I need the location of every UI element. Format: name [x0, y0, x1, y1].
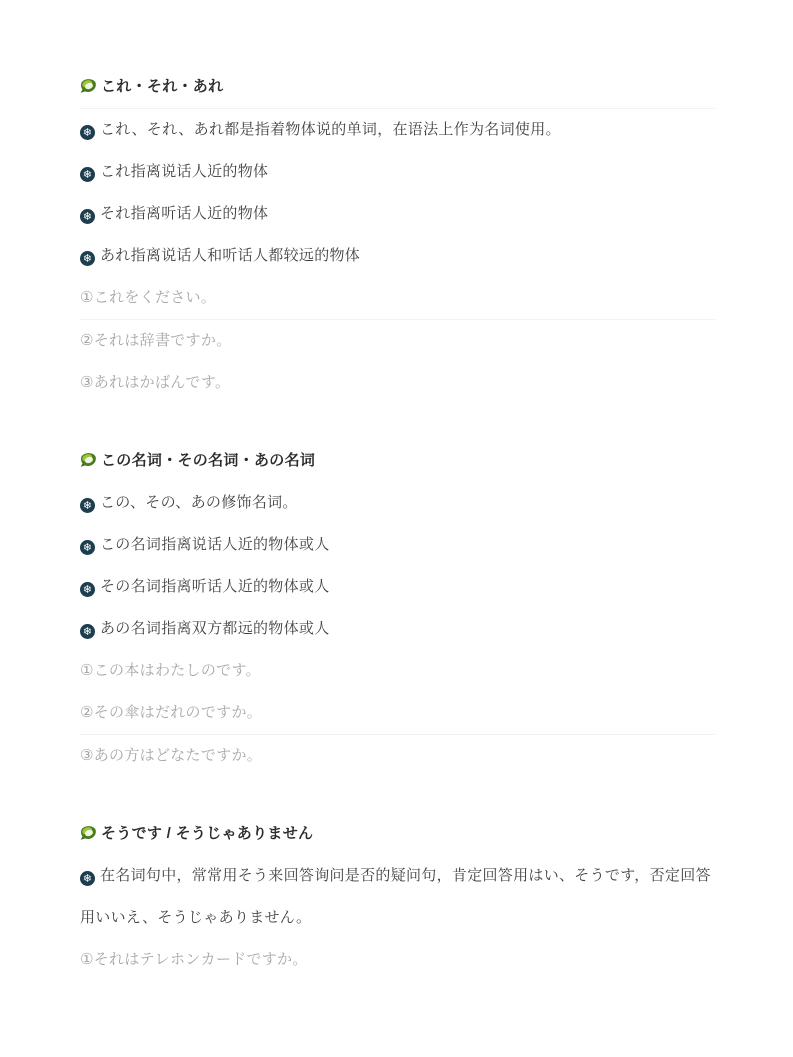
section-heading: そうです / そうじゃありません [80, 813, 715, 855]
grammar-point-text: これ指离说话人近的物体 [100, 163, 268, 180]
grammar-point: ❄この、その、あの修饰名词。 [80, 482, 715, 524]
leaf-icon [80, 452, 97, 468]
grammar-section-1: これ・それ・あれ ❄これ、それ、あれ都是指着物体说的单词，在语法上作为名词使用。… [80, 66, 715, 404]
grammar-point-text: それ指离听话人近的物体 [100, 205, 268, 222]
grammar-point-text: あれ指离说话人和听话人都较远的物体 [100, 247, 360, 264]
example-sentence: ③あの方はどなたですか。 [80, 735, 715, 777]
grammar-point-text: あの名词指离双方都远的物体或人 [100, 620, 330, 637]
snowflake-icon: ❄ [80, 540, 95, 555]
example-sentence: ①この本はわたしのです。 [80, 650, 715, 692]
leaf-icon [80, 825, 97, 841]
grammar-point: ❄あの名词指离双方都远的物体或人 [80, 608, 715, 650]
snowflake-icon: ❄ [80, 498, 95, 513]
grammar-point: ❄この名词指离说话人近的物体或人 [80, 524, 715, 566]
section-heading: これ・それ・あれ [80, 66, 715, 109]
example-sentence: ①これをください。 [80, 277, 715, 320]
example-sentence: ②それは辞書ですか。 [80, 320, 715, 362]
grammar-point: ❄これ、それ、あれ都是指着物体说的单词，在语法上作为名词使用。 [80, 109, 715, 151]
section-title: そうです / そうじゃありません [101, 825, 313, 842]
snowflake-icon: ❄ [80, 582, 95, 597]
snowflake-icon: ❄ [80, 125, 95, 140]
snowflake-icon: ❄ [80, 624, 95, 639]
grammar-point-text: この名词指离说话人近的物体或人 [100, 536, 330, 553]
grammar-section-2: この名词・その名词・あの名词 ❄この、その、あの修饰名词。 ❄この名词指离说话人… [80, 440, 715, 777]
leaf-icon [80, 78, 97, 94]
document-page: これ・それ・あれ ❄これ、それ、あれ都是指着物体说的单词，在语法上作为名词使用。… [0, 0, 793, 1057]
grammar-point-text: これ、それ、あれ都是指着物体说的单词，在语法上作为名词使用。 [100, 121, 561, 138]
snowflake-icon: ❄ [80, 251, 95, 266]
grammar-point: ❄これ指离说话人近的物体 [80, 151, 715, 193]
section-title: これ・それ・あれ [101, 78, 223, 95]
example-sentence: ②その傘はだれのですか。 [80, 692, 715, 735]
snowflake-icon: ❄ [80, 871, 95, 886]
example-sentence: ①それはテレホンカードですか。 [80, 939, 715, 981]
grammar-point: ❄あれ指离说话人和听话人都较远的物体 [80, 235, 715, 277]
grammar-point: ❄それ指离听话人近的物体 [80, 193, 715, 235]
snowflake-icon: ❄ [80, 209, 95, 224]
grammar-section-3: そうです / そうじゃありません ❄在名词句中，常常用そう来回答询问是否的疑问句… [80, 813, 715, 981]
section-title: この名词・その名词・あの名词 [101, 452, 315, 469]
grammar-point-text: 在名词句中，常常用そう来回答询问是否的疑问句，肯定回答用はい、そうです，否定回答… [80, 867, 711, 926]
grammar-point: ❄在名词句中，常常用そう来回答询问是否的疑问句，肯定回答用はい、そうです，否定回… [80, 855, 715, 939]
section-heading: この名词・その名词・あの名词 [80, 440, 715, 482]
grammar-point: ❄その名词指离听话人近的物体或人 [80, 566, 715, 608]
grammar-point-text: この、その、あの修饰名词。 [100, 494, 298, 511]
grammar-point-text: その名词指离听话人近的物体或人 [100, 578, 330, 595]
snowflake-icon: ❄ [80, 167, 95, 182]
example-sentence: ③あれはかばんです。 [80, 362, 715, 404]
